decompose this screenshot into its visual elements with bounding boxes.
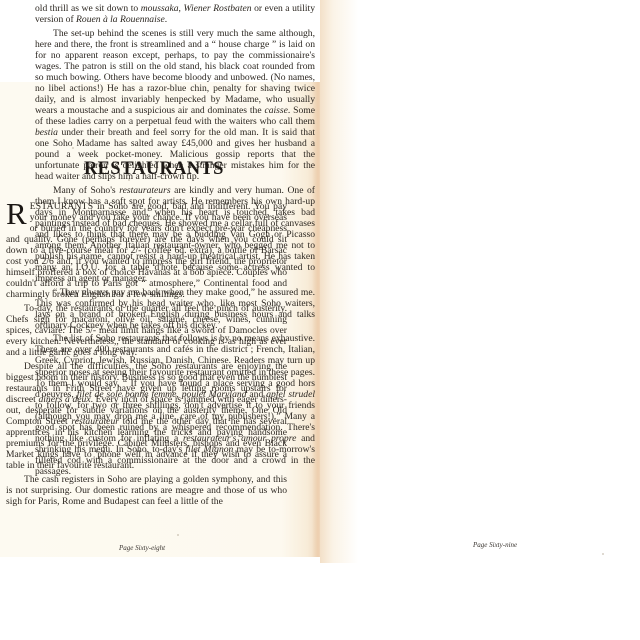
paragraph: “ They always pay me back when they make… [35,287,315,331]
text-run: are kindly and very human. One of them I… [35,185,315,284]
paper-speck [128,179,130,181]
text-run: The set-up behind the scenes is still ve… [35,28,315,116]
paragraph: The set-up behind the scenes is still ve… [35,28,315,183]
text-run: . [165,14,167,25]
text-run: Many of Soho's [53,185,119,196]
italic-phrase: restaurateur's amour propre [183,433,296,444]
italic-phrase: poulet Maryland [182,389,247,400]
right-page [320,0,640,563]
paragraph: The list of Soho restaurants that follow… [35,333,315,477]
page-number-left: Page Sixty-eight [119,544,165,552]
italic-phrase: filet de sole bonne femme [77,389,177,400]
italic-phrase: Rouen à la Rouennaise [76,14,165,25]
paper-speck [72,147,74,149]
italic-phrase: Wiener Rostbaten [183,3,251,14]
text-run: and [246,389,266,400]
continued-paragraph: old thrill as we sit down to moussaka, W… [35,3,315,25]
italic-phrase: apfel strudel [266,389,315,400]
drop-cap: R [6,202,27,226]
paragraph: Many of Soho's restaurateurs are kindly … [35,185,315,284]
italic-phrase: bestia [35,127,58,138]
text-run: old thrill as we sit down to [35,3,141,14]
right-page-body: old thrill as we sit down to moussaka, W… [35,3,315,477]
paper-speck [236,156,238,158]
paper-speck [177,534,179,536]
page-number-right: Page Sixty-nine [473,541,517,549]
italic-phrase: restaurateurs [119,185,170,196]
italic-phrase: moussaka [141,3,179,14]
italic-phrase: caisse [264,105,287,116]
italic-phrase: filet Mignon [185,444,233,455]
text-run: under their breath and feel sorry for th… [35,127,315,182]
paper-speck [602,553,604,555]
paragraph: The cash registers in Soho are playing a… [6,474,287,507]
